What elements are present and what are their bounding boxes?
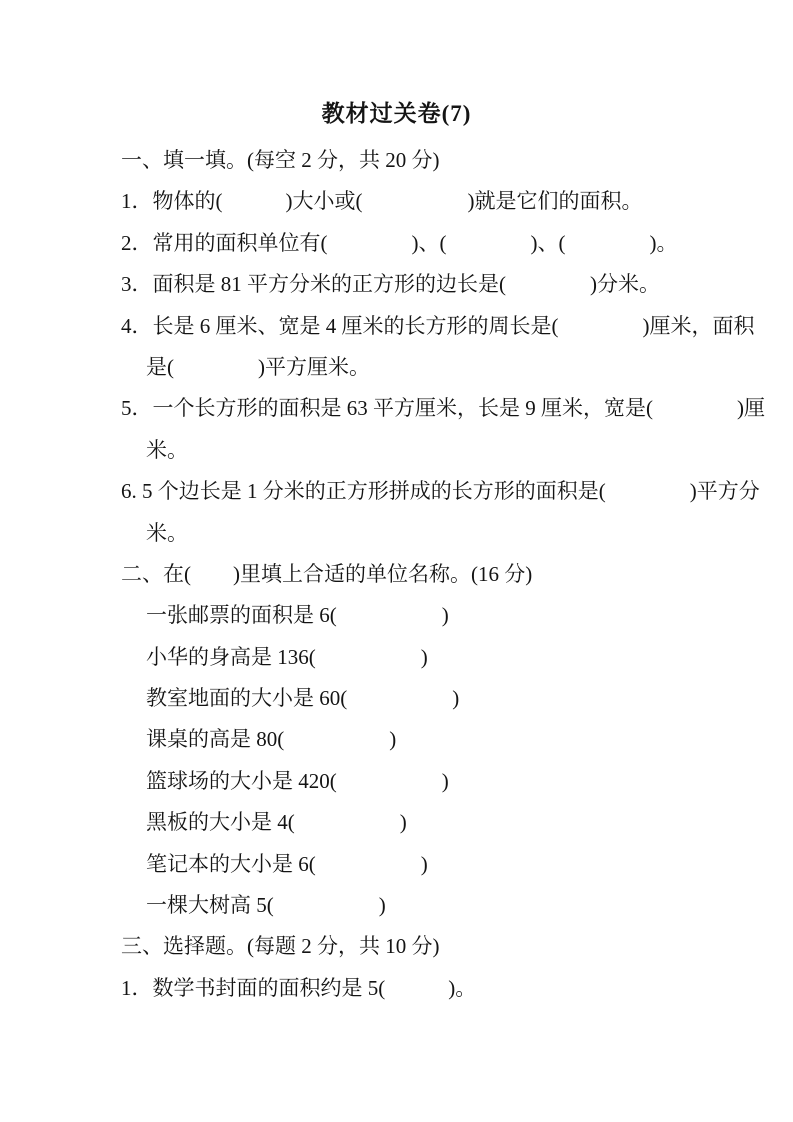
section-2-item-tree: 一棵大树高 5( ) bbox=[121, 885, 733, 926]
section-3-heading: 三、选择题。(每题 2 分，共 10 分) bbox=[121, 926, 733, 967]
section-2-item-stamp: 一张邮票的面积是 6( ) bbox=[121, 595, 733, 636]
section-2-item-notebook: 笔记本的大小是 6( ) bbox=[121, 844, 733, 885]
section-1-question-1: 1．物体的( )大小或( )就是它们的面积。 bbox=[121, 181, 733, 222]
worksheet-page: 教材过关卷(7) 一、填一填。(每空 2 分，共 20 分) 1．物体的( )大… bbox=[0, 0, 793, 1122]
section-1-question-4-line-1: 4．长是 6 厘米、宽是 4 厘米的长方形的周长是( )厘米，面积 bbox=[121, 306, 733, 347]
section-1-question-6-line-2: 米。 bbox=[121, 513, 733, 554]
section-1-question-5-line-2: 米。 bbox=[121, 430, 733, 471]
section-2-item-basketball-court: 篮球场的大小是 420( ) bbox=[121, 761, 733, 802]
page-title: 教材过关卷(7) bbox=[0, 100, 793, 128]
worksheet-body: 一、填一填。(每空 2 分，共 20 分) 1．物体的( )大小或( )就是它们… bbox=[121, 140, 733, 1009]
section-1-heading: 一、填一填。(每空 2 分，共 20 分) bbox=[121, 140, 733, 181]
section-1-question-5-line-1: 5．一个长方形的面积是 63 平方厘米，长是 9 厘米，宽是( )厘 bbox=[121, 388, 733, 429]
section-3-question-1: 1．数学书封面的面积约是 5( )。 bbox=[121, 968, 733, 1009]
section-2-item-height: 小华的身高是 136( ) bbox=[121, 637, 733, 678]
section-1-question-3: 3．面积是 81 平方分米的正方形的边长是( )分米。 bbox=[121, 264, 733, 305]
section-1-question-2: 2．常用的面积单位有( )、( )、( )。 bbox=[121, 223, 733, 264]
section-2-item-classroom: 教室地面的大小是 60( ) bbox=[121, 678, 733, 719]
section-2-item-desk: 课桌的高是 80( ) bbox=[121, 719, 733, 760]
section-2-item-blackboard: 黑板的大小是 4( ) bbox=[121, 802, 733, 843]
section-1-question-6-line-1: 6. 5 个边长是 1 分米的正方形拼成的长方形的面积是( )平方分 bbox=[121, 471, 733, 512]
section-1-question-4-line-2: 是( )平方厘米。 bbox=[121, 347, 733, 388]
section-2-heading: 二、在( )里填上合适的单位名称。(16 分) bbox=[121, 554, 733, 595]
